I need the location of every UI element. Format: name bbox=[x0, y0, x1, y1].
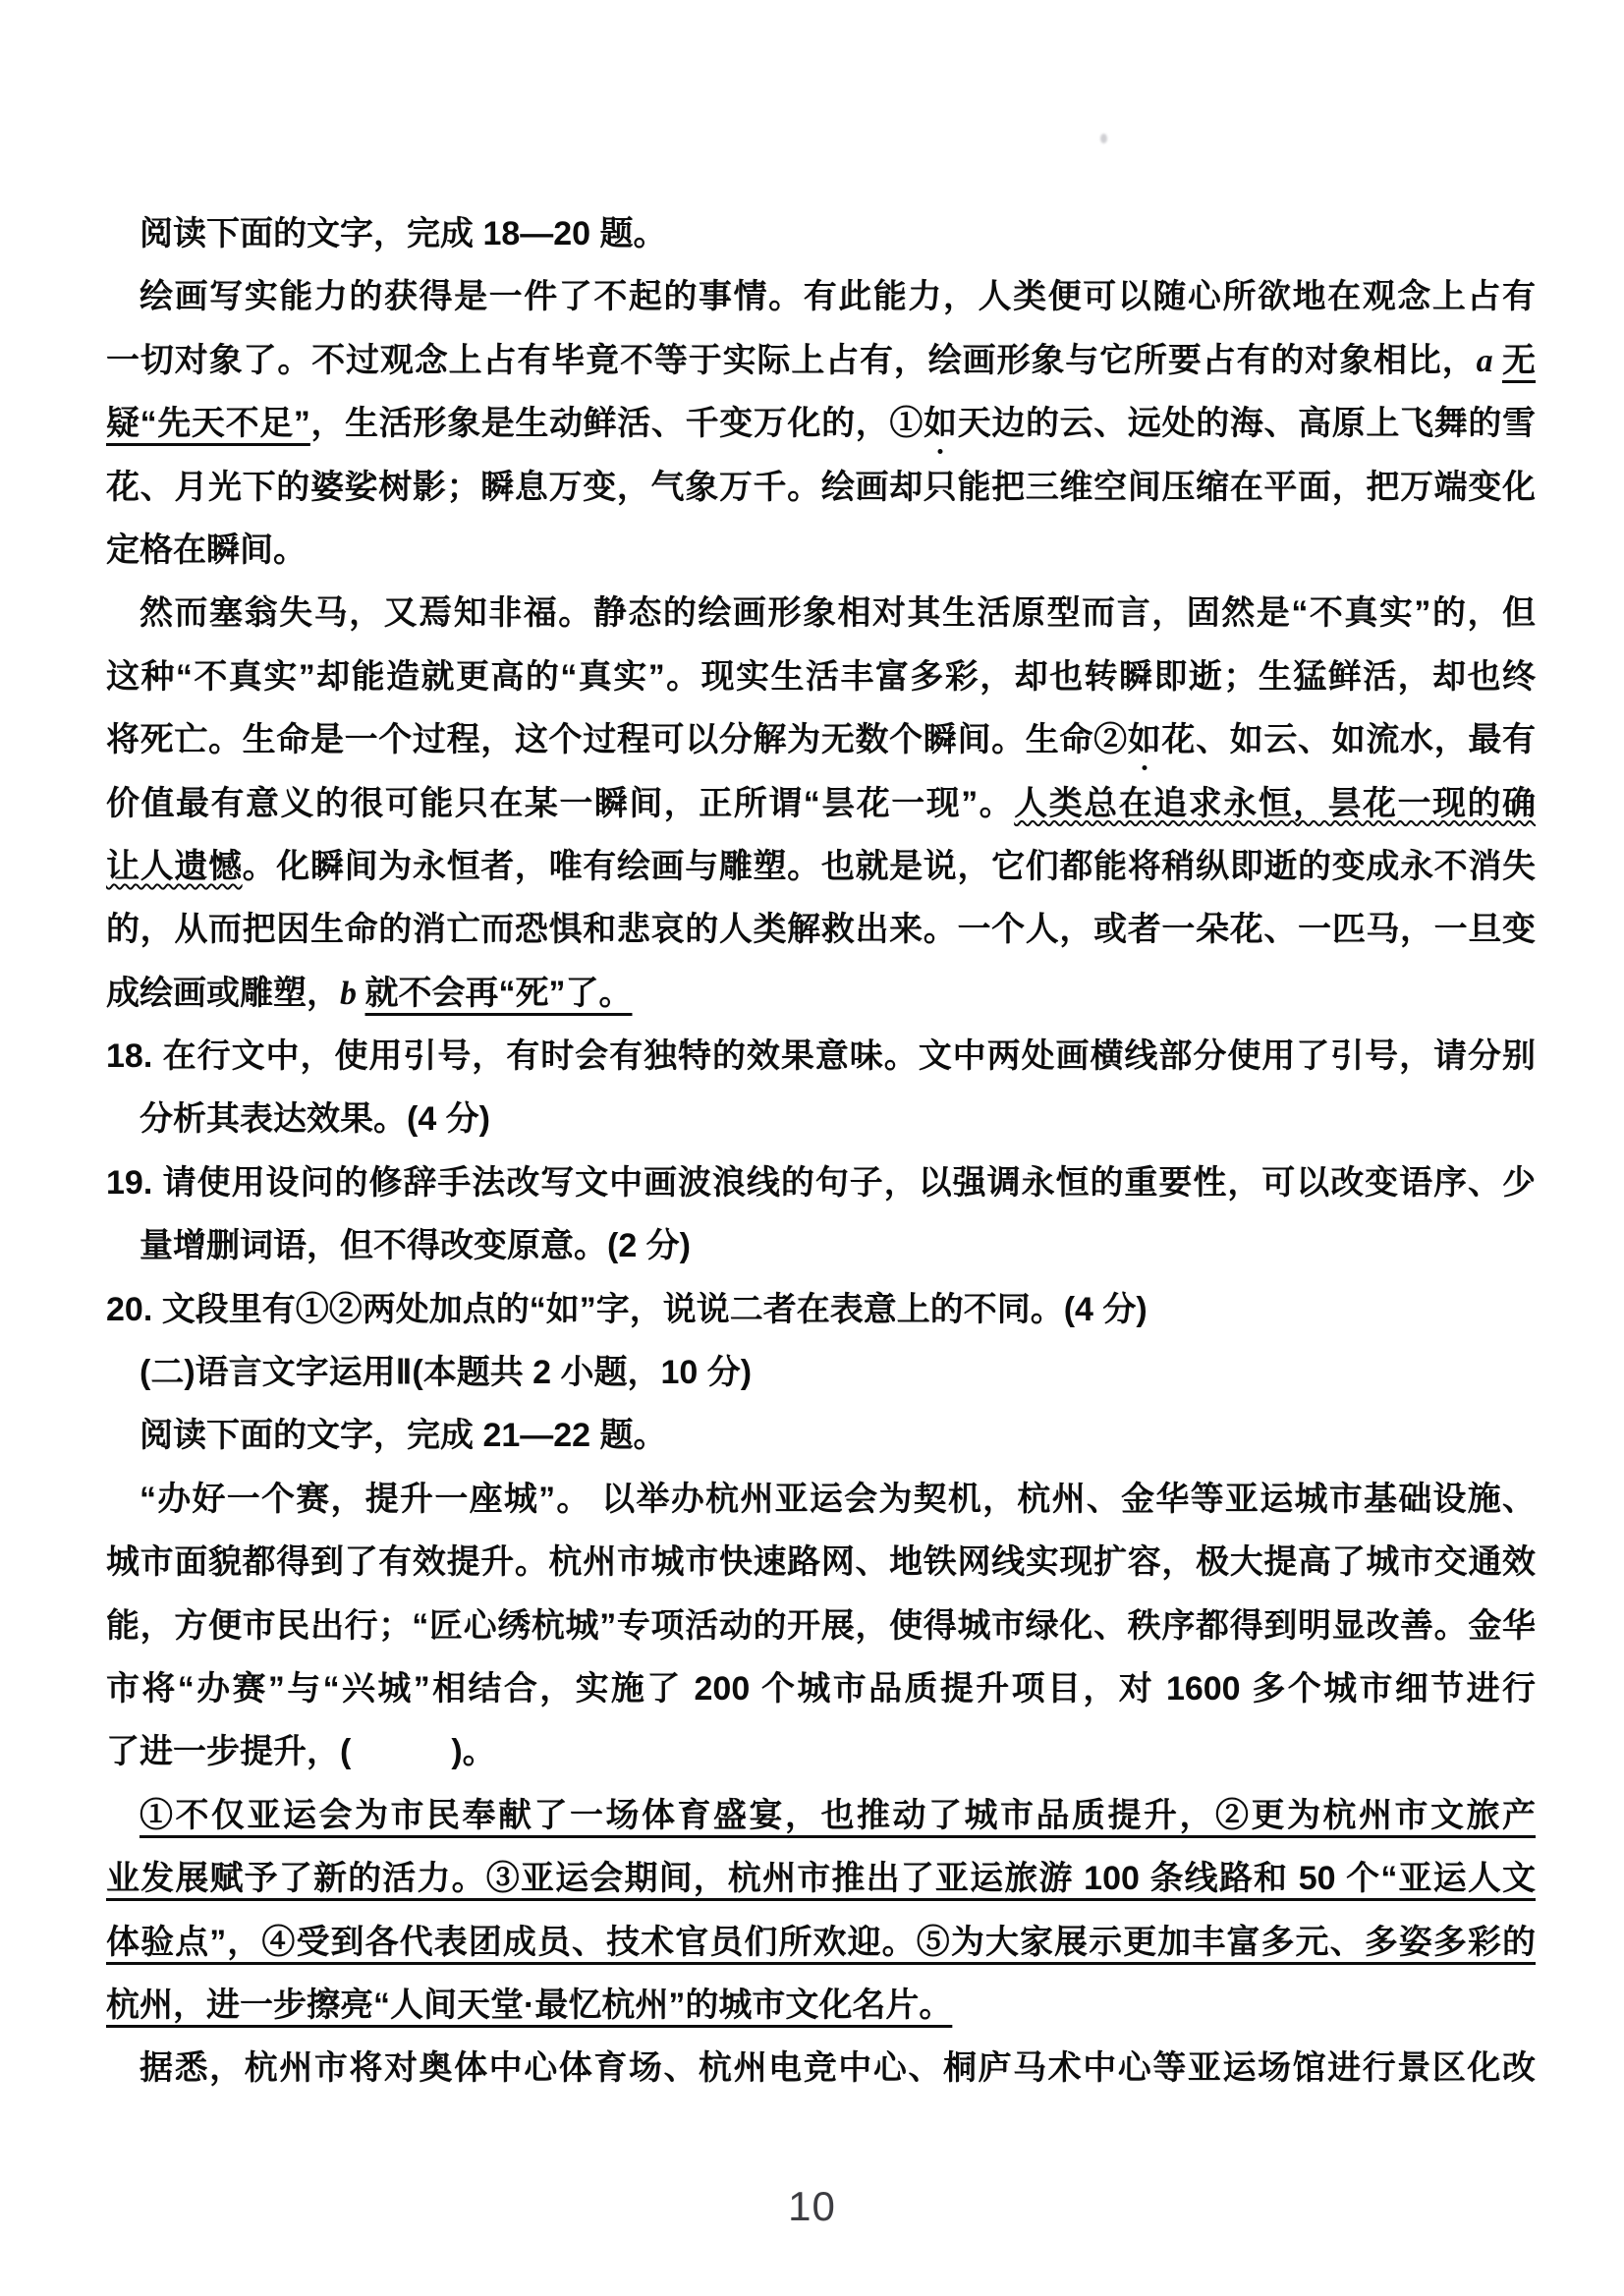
text-segment: 花、月光下的婆娑树影；瞬息万变，气象万千。绘画却只能把三维空间压缩在平面，把万端… bbox=[106, 469, 1536, 506]
text-segment: 然而塞翁失马，又焉知非福。静态的绘画形象相对其生活原型而言，固然是“不真实”的，… bbox=[140, 594, 1536, 632]
scan-speck bbox=[1100, 134, 1107, 143]
text-line: 的，从而把因生命的消亡而恐惧和悲哀的人类解救出来。一个人，或者一朵花、一匹马，一… bbox=[106, 898, 1536, 961]
text-line: 市将“办赛”与“兴城”相结合，实施了 200 个城市品质提升项目，对 1600 … bbox=[106, 1657, 1536, 1720]
text-line: 了进一步提升，( )。 bbox=[106, 1720, 1536, 1783]
text-line: 据悉，杭州市将对奥体中心体育场、杭州电竞中心、桐庐马术中心等亚运场馆进行景区化改 bbox=[106, 2037, 1536, 2100]
text-line: 体验点”，④受到各代表团成员、技术官员们所欢迎。⑤为大家展示更加丰富多元、多姿多… bbox=[106, 1911, 1536, 1974]
text-segment: 让人遗憾 bbox=[106, 848, 243, 885]
text-segment: 将死亡。生命是一个过程，这个过程可以分解为无数个瞬间。生命② bbox=[106, 721, 1128, 758]
text-segment: 市将“办赛”与“兴城”相结合，实施了 200 个城市品质提升项目，对 1600 … bbox=[106, 1670, 1536, 1708]
text-segment: b bbox=[340, 976, 365, 1012]
text-line: 量增删词语，但不得改变原意。(2 分) bbox=[106, 1214, 1536, 1277]
text-line: 20. 文段里有①②两处加点的“如”字，说说二者在表意上的不同。(4 分) bbox=[106, 1278, 1536, 1341]
text-segment: 能，方便市民出行；“匠心绣杭城”专项活动的开展，使得城市绿化、秩序都得到明显改善… bbox=[106, 1607, 1536, 1645]
text-segment: 疑“先天不足” bbox=[106, 405, 310, 442]
text-line: 疑“先天不足”，生活形象是生动鲜活、千变万化的，①如天边的云、远处的海、高原上飞… bbox=[106, 392, 1536, 455]
text-segment: a bbox=[1477, 343, 1502, 379]
text-segment: 了进一步提升，( )。 bbox=[106, 1733, 496, 1770]
text-segment: 量增删词语，但不得改变原意。(2 分) bbox=[140, 1227, 691, 1264]
text-segment: 如 bbox=[924, 392, 957, 455]
text-line: 绘画写实能力的获得是一件了不起的事情。有此能力，人类便可以随心所欲地在观念上占有 bbox=[106, 265, 1536, 328]
text-segment: ①不仅亚运会为市民奉献了一场体育盛宴，也推动了城市品质提升，②更为杭州市文旅产 bbox=[140, 1797, 1536, 1834]
text-line: 一切对象了。不过观念上占有毕竟不等于实际上占有，绘画形象与它所要占有的对象相比，… bbox=[106, 329, 1536, 392]
text-line: 定格在瞬间。 bbox=[106, 519, 1536, 582]
text-segment: 据悉，杭州市将对奥体中心体育场、杭州电竞中心、桐庐马术中心等亚运场馆进行景区化改 bbox=[140, 2049, 1536, 2087]
text-segment: 这种“不真实”却能造就更高的“真实”。现实生活丰富多彩，却也转瞬即逝；生猛鲜活，… bbox=[106, 658, 1536, 696]
text-segment: 20. 文段里有①②两处加点的“如”字，说说二者在表意上的不同。(4 分) bbox=[106, 1291, 1148, 1328]
text-line: 分析其表达效果。(4 分) bbox=[106, 1088, 1536, 1150]
text-segment: 阅读下面的文字，完成 21—22 题。 bbox=[140, 1417, 667, 1454]
text-line: 杭州，进一步擦亮“人间天堂·最忆杭州”的城市文化名片。 bbox=[106, 1974, 1536, 2037]
text-line: 18. 在行文中，使用引号，有时会有独特的效果意味。文中两处画横线部分使用了引号… bbox=[106, 1025, 1536, 1088]
text-line: 城市面貌都得到了有效提升。杭州市城市快速路网、地铁网线实现扩容，极大提高了城市交… bbox=[106, 1531, 1536, 1594]
text-segment: 的，从而把因生命的消亡而恐惧和悲哀的人类解救出来。一个人，或者一朵花、一匹马，一… bbox=[106, 911, 1536, 948]
text-segment: 杭州，进一步擦亮“人间天堂·最忆杭州”的城市文化名片。 bbox=[106, 1987, 952, 2024]
text-segment: 业发展赋予了新的活力。③亚运会期间，杭州市推出了亚运旅游 100 条线路和 50… bbox=[106, 1860, 1536, 1897]
text-segment: 价值最有意义的很可能只在某一瞬间，正所谓“昙花一现”。 bbox=[106, 785, 1014, 822]
text-line: 花、月光下的婆娑树影；瞬息万变，气象万千。绘画却只能把三维空间压缩在平面，把万端… bbox=[106, 456, 1536, 519]
text-segment: “办好一个赛，提升一座城”。 以举办杭州亚运会为契机，杭州、金华等亚运城市基础设… bbox=[140, 1481, 1536, 1518]
text-segment: 阅读下面的文字，完成 18—20 题。 bbox=[140, 215, 667, 252]
text-segment: 就不会再“死”了。 bbox=[365, 975, 633, 1012]
text-segment: 人类总在追求永恒，昙花一现的确 bbox=[1014, 785, 1536, 822]
text-line: 让人遗憾。化瞬间为永恒者，唯有绘画与雕塑。也就是说，它们都能将稍纵即逝的变成永不… bbox=[106, 835, 1536, 898]
text-segment: 无 bbox=[1502, 342, 1536, 379]
text-segment: (二)语言文字运用Ⅱ(本题共 2 小题，10 分) bbox=[140, 1354, 752, 1391]
text-segment: 花、如云、如流水，最有 bbox=[1161, 721, 1536, 758]
text-segment: ，生活形象是生动鲜活、千变万化的，① bbox=[310, 405, 924, 442]
text-line: 成绘画或雕塑，b 就不会再“死”了。 bbox=[106, 962, 1536, 1025]
text-line: (二)语言文字运用Ⅱ(本题共 2 小题，10 分) bbox=[106, 1341, 1536, 1404]
text-segment: 分析其表达效果。(4 分) bbox=[140, 1100, 490, 1138]
text-line: 将死亡。生命是一个过程，这个过程可以分解为无数个瞬间。生命②如花、如云、如流水，… bbox=[106, 708, 1536, 771]
text-segment: 一切对象了。不过观念上占有毕竟不等于实际上占有，绘画形象与它所要占有的对象相比， bbox=[106, 342, 1477, 379]
text-segment: 成绘画或雕塑， bbox=[106, 975, 340, 1012]
text-line: 业发展赋予了新的活力。③亚运会期间，杭州市推出了亚运旅游 100 条线路和 50… bbox=[106, 1847, 1536, 1910]
text-line: ①不仅亚运会为市民奉献了一场体育盛宴，也推动了城市品质提升，②更为杭州市文旅产 bbox=[106, 1784, 1536, 1847]
text-segment: 定格在瞬间。 bbox=[106, 532, 307, 569]
text-line: 这种“不真实”却能造就更高的“真实”。现实生活丰富多彩，却也转瞬即逝；生猛鲜活，… bbox=[106, 645, 1536, 708]
text-segment: 体验点”，④受到各代表团成员、技术官员们所欢迎。⑤为大家展示更加丰富多元、多姿多… bbox=[106, 1924, 1536, 1961]
text-line: 阅读下面的文字，完成 21—22 题。 bbox=[106, 1404, 1536, 1467]
text-line: 然而塞翁失马，又焉知非福。静态的绘画形象相对其生活原型而言，固然是“不真实”的，… bbox=[106, 582, 1536, 644]
text-segment: 18. 在行文中，使用引号，有时会有独特的效果意味。文中两处画横线部分使用了引号… bbox=[106, 1037, 1536, 1075]
text-line: “办好一个赛，提升一座城”。 以举办杭州亚运会为契机，杭州、金华等亚运城市基础设… bbox=[106, 1468, 1536, 1531]
text-segment: 天边的云、远处的海、高原上飞舞的雪 bbox=[957, 405, 1536, 442]
text-segment: 如 bbox=[1128, 708, 1161, 771]
text-column: 阅读下面的文字，完成 18—20 题。绘画写实能力的获得是一件了不起的事情。有此… bbox=[106, 202, 1536, 2100]
text-segment: 绘画写实能力的获得是一件了不起的事情。有此能力，人类便可以随心所欲地在观念上占有 bbox=[140, 278, 1536, 315]
page-number: 10 bbox=[0, 2183, 1624, 2230]
text-line: 能，方便市民出行；“匠心绣杭城”专项活动的开展，使得城市绿化、秩序都得到明显改善… bbox=[106, 1595, 1536, 1657]
text-line: 19. 请使用设问的修辞手法改写文中画波浪线的句子，以强调永恒的重要性，可以改变… bbox=[106, 1151, 1536, 1214]
text-segment: 。化瞬间为永恒者，唯有绘画与雕塑。也就是说，它们都能将稍纵即逝的变成永不消失 bbox=[243, 848, 1536, 885]
text-segment: 城市面貌都得到了有效提升。杭州市城市快速路网、地铁网线实现扩容，极大提高了城市交… bbox=[106, 1543, 1536, 1581]
text-segment: 19. 请使用设问的修辞手法改写文中画波浪线的句子，以强调永恒的重要性，可以改变… bbox=[106, 1164, 1536, 1202]
text-line: 价值最有意义的很可能只在某一瞬间，正所谓“昙花一现”。人类总在追求永恒，昙花一现… bbox=[106, 772, 1536, 835]
exam-page: 阅读下面的文字，完成 18—20 题。绘画写实能力的获得是一件了不起的事情。有此… bbox=[0, 0, 1624, 2296]
text-line: 阅读下面的文字，完成 18—20 题。 bbox=[106, 202, 1536, 265]
